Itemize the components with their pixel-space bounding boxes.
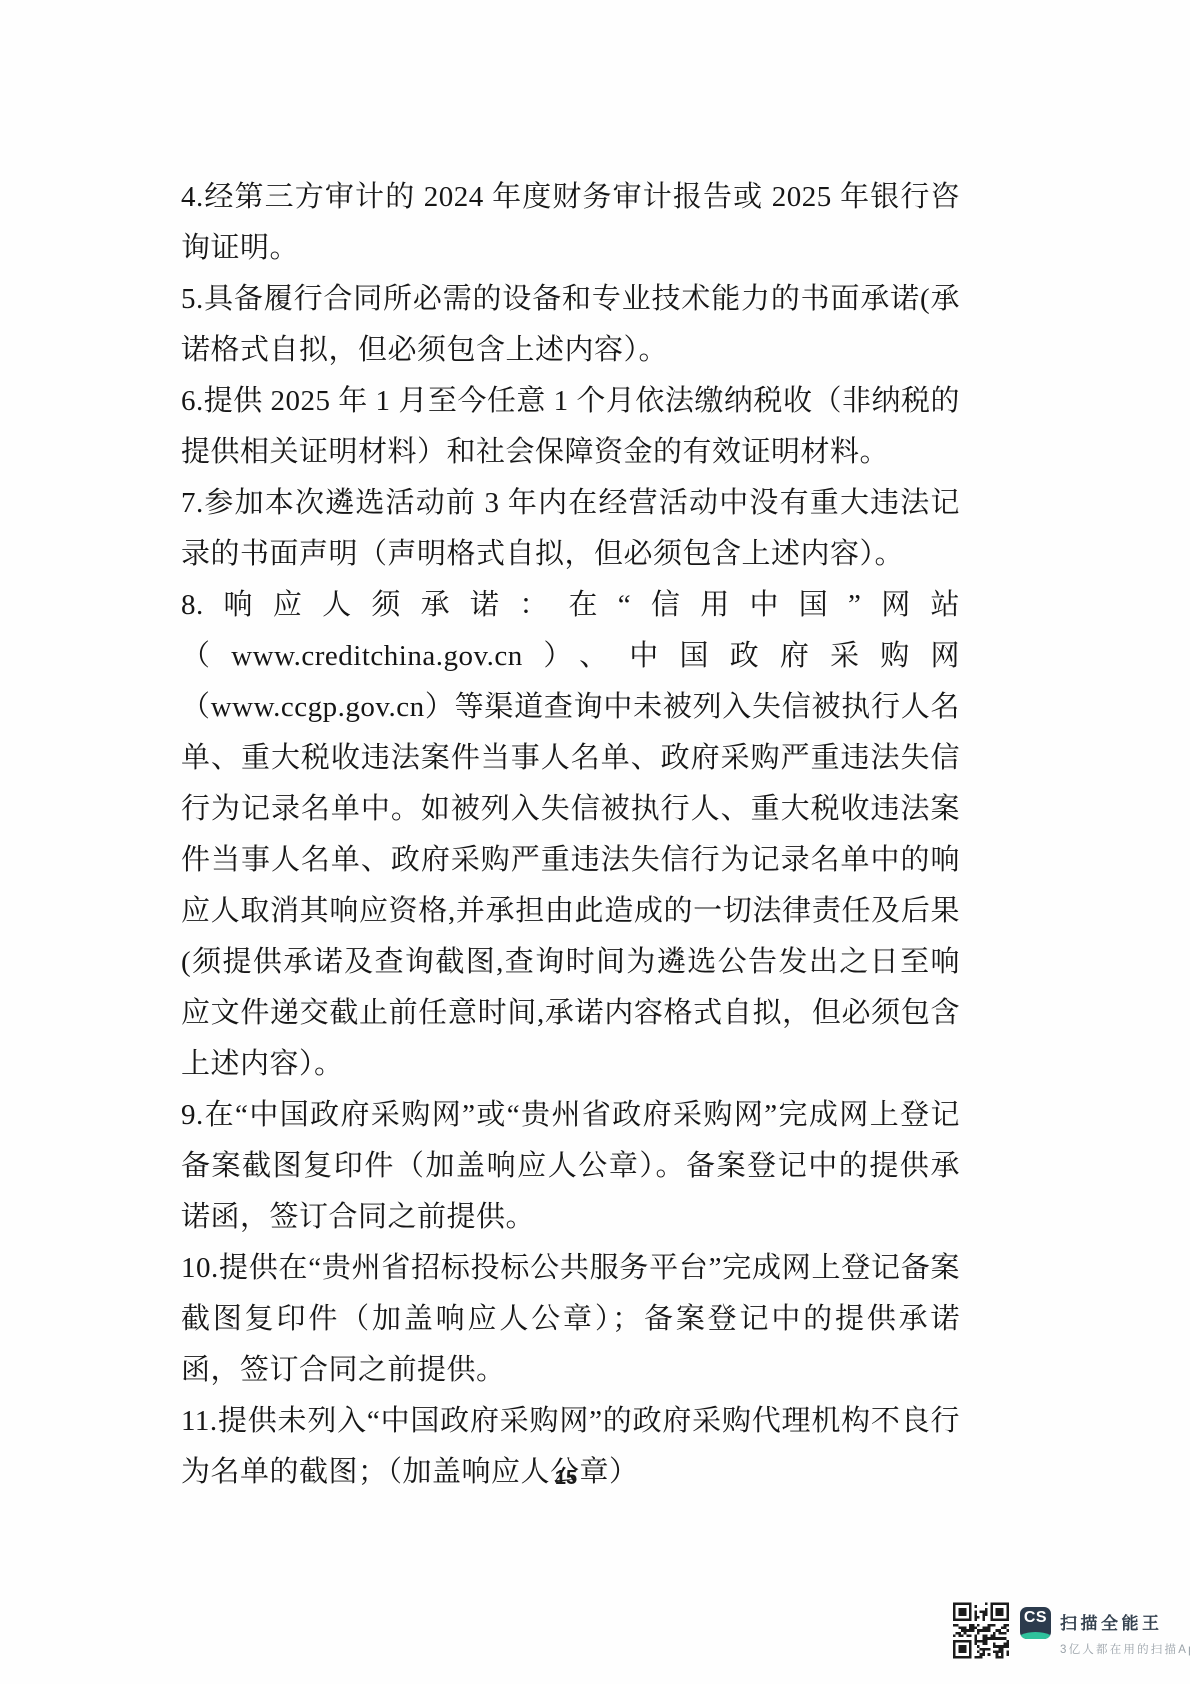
list-item-10: 10.提供在“贵州省招标投标公共服务平台”完成网上登记备案截图复印件（加盖响应人… — [181, 1243, 960, 1396]
list-item-7: 7.参加本次遴选活动前 3 年内在经营活动中没有重大违法记录的书面声明（声明格式… — [181, 478, 960, 580]
list-item-6: 6.提供 2025 年 1 月至今任意 1 个月依法缴纳税收（非纳税的提供相关证… — [181, 376, 960, 478]
list-item-9: 9.在“中国政府采购网”或“贵州省政府采购网”完成网上登记备案截图复印件（加盖响… — [181, 1090, 960, 1243]
scanned-page: 4.经第三方审计的 2024 年度财务审计报告或 2025 年银行咨询证明。 5… — [0, 0, 1190, 1684]
cs-logo-letters: CS — [1020, 1609, 1051, 1627]
camscanner-watermark: CS 扫描全能王 3亿人都在用的扫描App — [953, 1602, 1190, 1659]
document-body: 4.经第三方审计的 2024 年度财务审计报告或 2025 年银行咨询证明。 5… — [181, 172, 960, 1498]
qr-code — [953, 1602, 1009, 1659]
app-name: 扫描全能王 — [1060, 1609, 1190, 1634]
list-item-8: 8.响应人须承诺：在“信用中国”网站（www.creditchina.gov.c… — [181, 580, 960, 1090]
list-item-5: 5.具备履行合同所必需的设备和专业技术能力的书面承诺(承诺格式自拟，但必须包含上… — [181, 274, 960, 376]
app-tagline: 3亿人都在用的扫描App — [1060, 1641, 1190, 1657]
watermark-text: 扫描全能王 3亿人都在用的扫描App — [1060, 1609, 1190, 1657]
camscanner-logo-icon: CS — [1020, 1607, 1051, 1639]
page-number: 15 — [506, 1467, 626, 1490]
cs-logo-swoosh — [1020, 1632, 1051, 1639]
list-item-4: 4.经第三方审计的 2024 年度财务审计报告或 2025 年银行咨询证明。 — [181, 172, 960, 274]
